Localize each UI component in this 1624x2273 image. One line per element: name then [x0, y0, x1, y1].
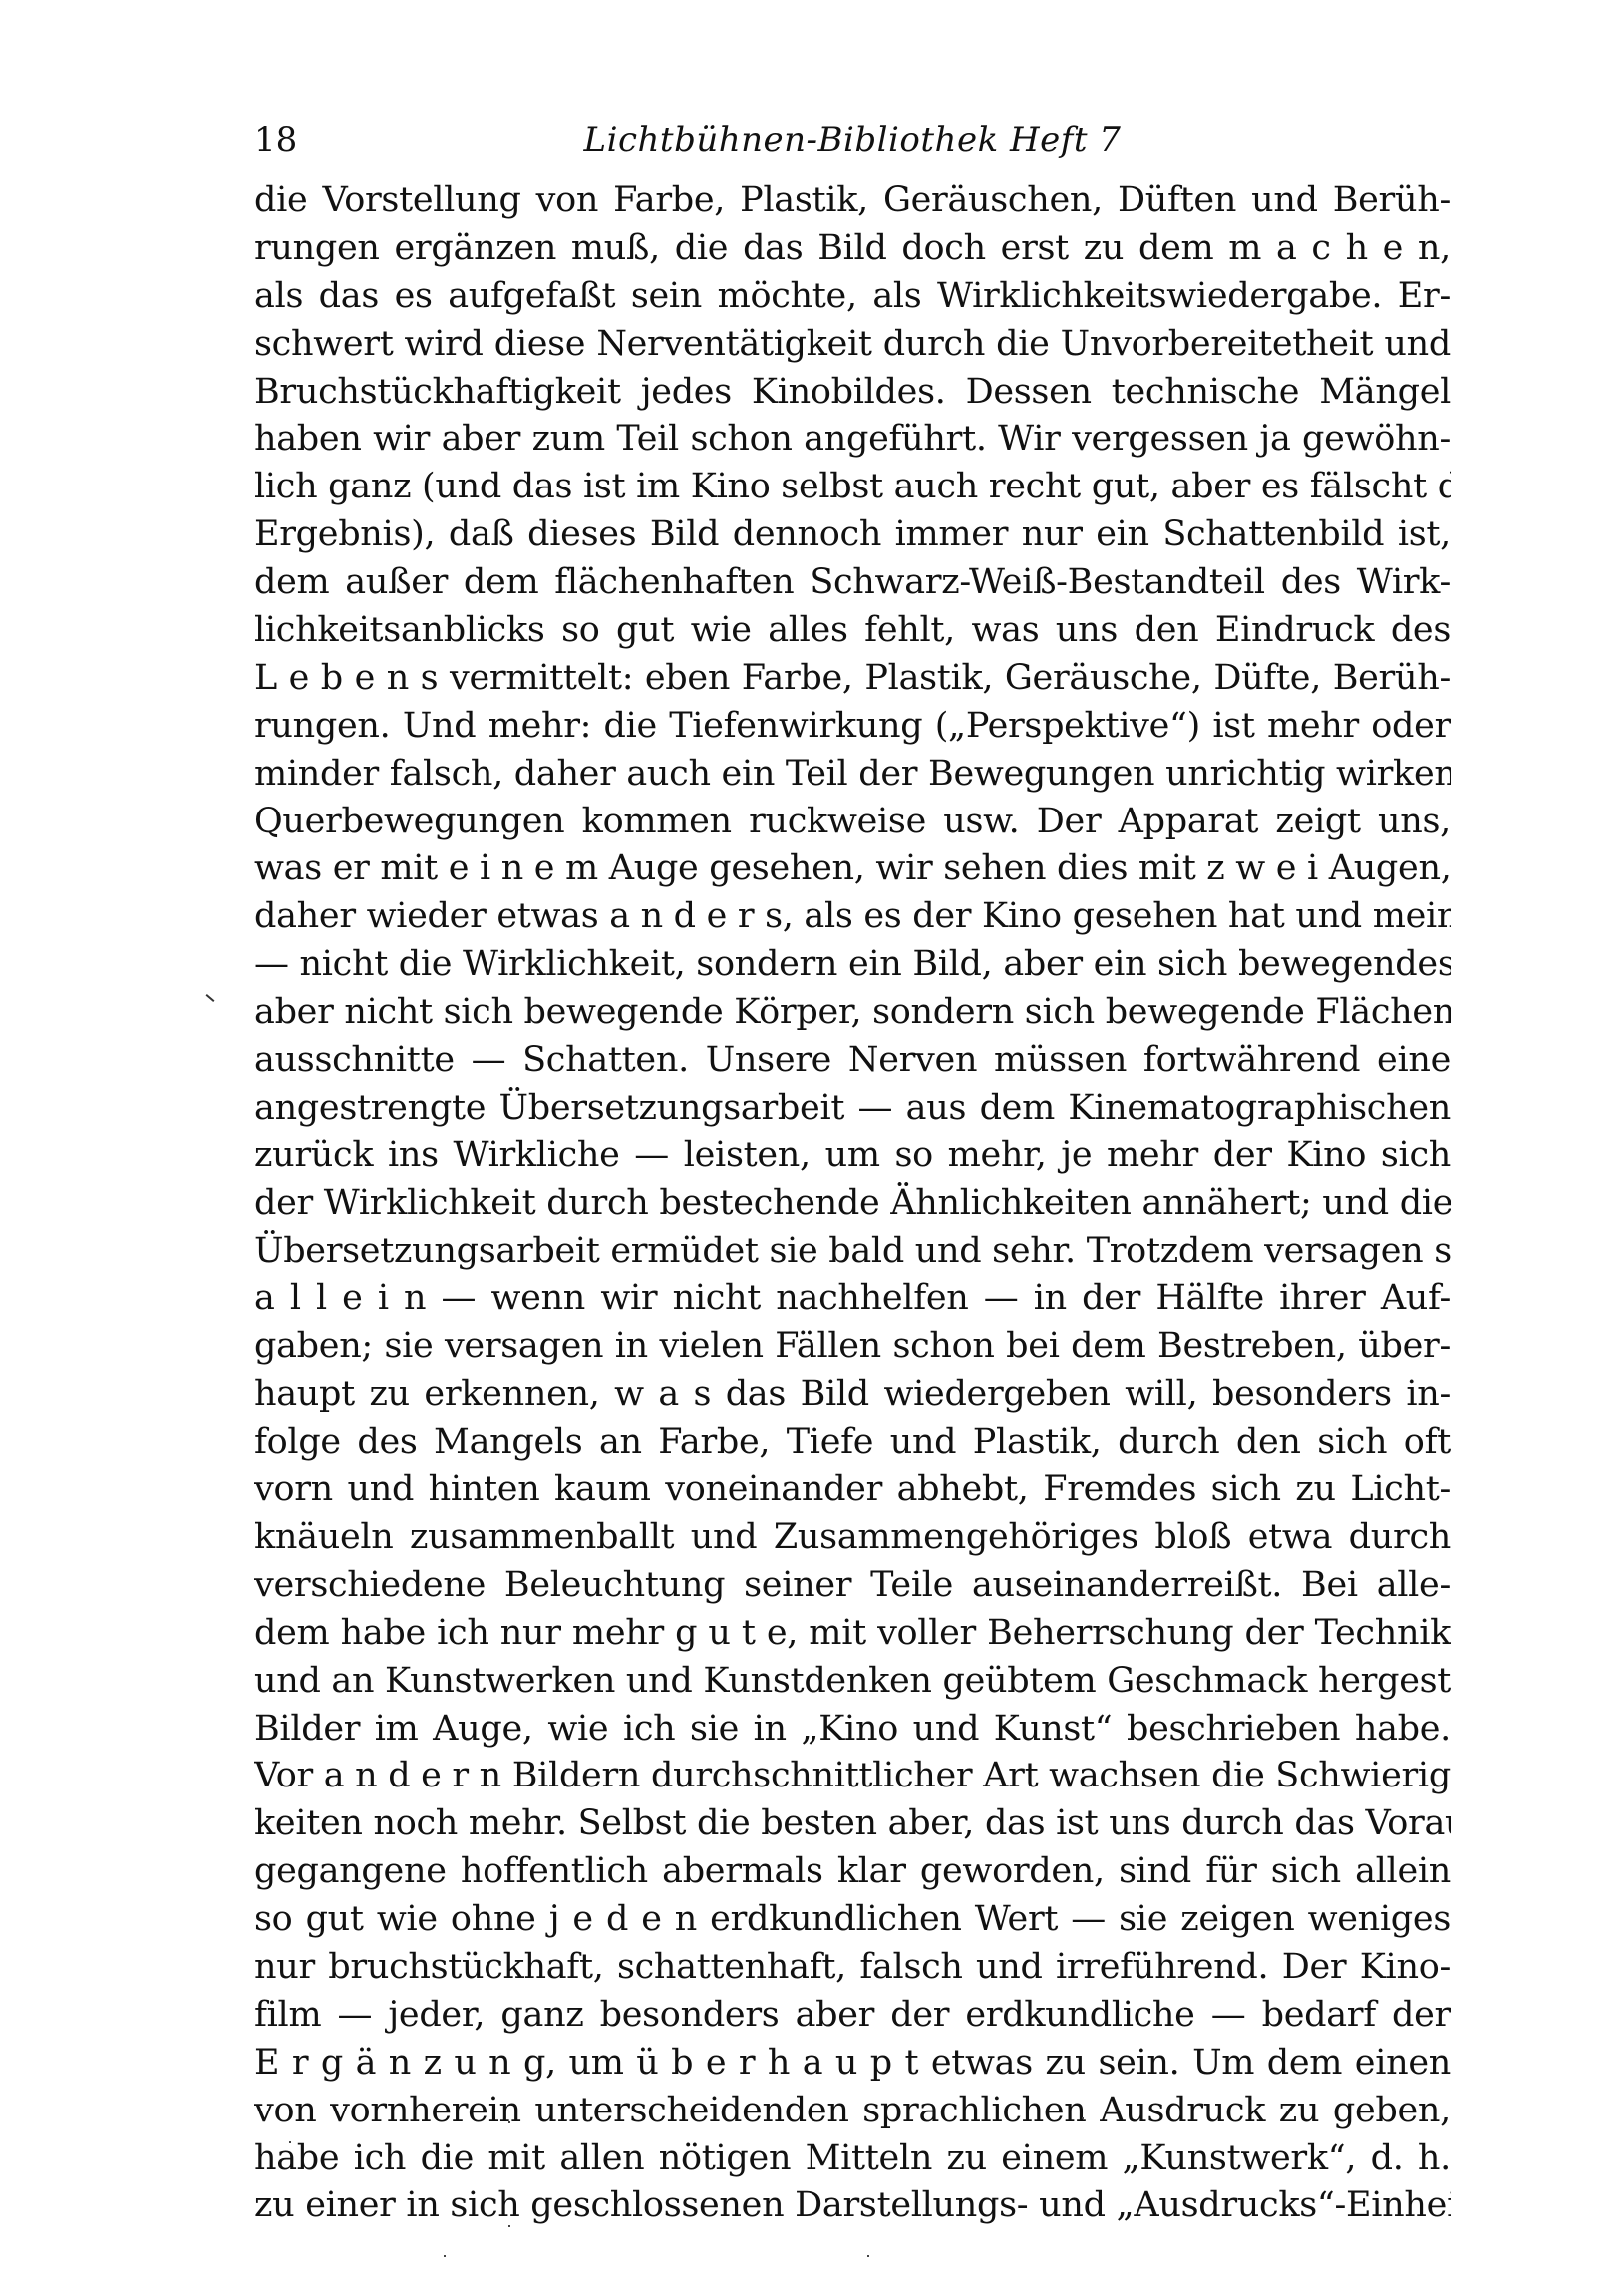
text-line: Bruchstückhaftigkeit jedes Kinobildes. D… [254, 369, 1451, 417]
scan-speck [508, 2121, 510, 2123]
text-line: verschiedene Beleuchtung seiner Teile au… [254, 1562, 1451, 1610]
body-text: die Vorstellung von Farbe, Plastik, Gerä… [254, 177, 1451, 2230]
text-line: gaben; sie versagen in vielen Fällen sch… [254, 1323, 1451, 1371]
margin-pencil-mark [206, 994, 215, 1002]
text-line: film — jeder, ganz besonders aber der er… [254, 1992, 1451, 2040]
text-line: als das es aufgefaßt sein möchte, als Wi… [254, 273, 1451, 321]
text-line: gegangene hoffentlich abermals klar gewo… [254, 1848, 1451, 1896]
text-line: knäueln zusammenballt und Zusammengehöri… [254, 1514, 1451, 1562]
text-line: nur bruchstückhaft, schattenhaft, falsch… [254, 1944, 1451, 1992]
text-line: L e b e n s vermittelt: eben Farbe, Plas… [254, 655, 1451, 703]
scan-speck [444, 2255, 446, 2257]
text-line: minder falsch, daher auch ein Teil der B… [254, 751, 1451, 799]
text-line: Übersetzungsarbeit ermüdet sie bald und … [254, 1228, 1451, 1276]
text-line: haupt zu erkennen, w a s das Bild wieder… [254, 1371, 1451, 1419]
text-line: die Vorstellung von Farbe, Plastik, Gerä… [254, 177, 1451, 225]
text-line: — nicht die Wirklichkeit, sondern ein Bi… [254, 941, 1451, 989]
text-line: keiten noch mehr. Selbst die besten aber… [254, 1800, 1451, 1848]
book-page: 18 Lichtbühnen-Bibliothek Heft 7 die Vor… [0, 0, 1624, 2273]
text-line: daher wieder etwas a n d e r s, als es d… [254, 893, 1451, 941]
running-head: 18 Lichtbühnen-Bibliothek Heft 7 [254, 110, 1451, 169]
text-line: dem habe ich nur mehr g u t e, mit volle… [254, 1610, 1451, 1658]
text-line: der Wirklichkeit durch bestechende Ähnli… [254, 1180, 1451, 1228]
text-line: ausschnitte — Schatten. Unsere Nerven mü… [254, 1037, 1451, 1085]
text-line: a l l e i n — wenn wir nicht nachhelfen … [254, 1275, 1451, 1323]
text-line: rungen. Und mehr: die Tiefenwirkung („Pe… [254, 703, 1451, 751]
text-line: lichkeitsanblicks so gut wie alles fehlt… [254, 607, 1451, 655]
text-line: E r g ä n z u n g, um ü b e r h a u p t … [254, 2040, 1451, 2088]
text-line: dem außer dem flächenhaften Schwarz-Weiß… [254, 559, 1451, 607]
text-line: Ergebnis), daß dieses Bild dennoch immer… [254, 511, 1451, 559]
text-line: zurück ins Wirkliche — leisten, um so me… [254, 1133, 1451, 1180]
text-line: habe ich die mit allen nötigen Mitteln z… [254, 2135, 1451, 2183]
text-line: zu einer in sich geschlossenen Darstellu… [254, 2182, 1451, 2230]
text-line: was er mit e i n e m Auge gesehen, wir s… [254, 845, 1451, 893]
text-line: vorn und hinten kaum voneinander abhebt,… [254, 1466, 1451, 1514]
text-line: so gut wie ohne j e d e n erdkundlichen … [254, 1896, 1451, 1944]
scan-speck [1082, 2117, 1084, 2119]
text-line: von vornherein unterscheidenden sprachli… [254, 2088, 1451, 2135]
text-line: angestrengte Übersetzungsarbeit — aus de… [254, 1085, 1451, 1133]
text-line: Bilder im Auge, wie ich sie in „Kino und… [254, 1706, 1451, 1754]
text-line: Querbewegungen kommen ruckweise usw. Der… [254, 799, 1451, 846]
scan-speck [289, 2141, 291, 2143]
text-line: lich ganz (und das ist im Kino selbst au… [254, 464, 1451, 511]
scan-speck [508, 2225, 510, 2227]
text-line: folge des Mangels an Farbe, Tiefe und Pl… [254, 1419, 1451, 1466]
text-line: haben wir aber zum Teil schon angeführt.… [254, 416, 1451, 464]
text-line: rungen ergänzen muß, die das Bild doch e… [254, 225, 1451, 273]
scan-speck [867, 2255, 869, 2257]
text-line: und an Kunstwerken und Kunstdenken geübt… [254, 1658, 1451, 1706]
text-line: schwert wird diese Nerventätigkeit durch… [254, 321, 1451, 369]
text-line: Vor a n d e r n Bildern durchschnittlich… [254, 1753, 1451, 1800]
running-title: Lichtbühnen-Bibliothek Heft 7 [254, 110, 1451, 169]
text-line: aber nicht sich bewegende Körper, sonder… [254, 989, 1451, 1037]
